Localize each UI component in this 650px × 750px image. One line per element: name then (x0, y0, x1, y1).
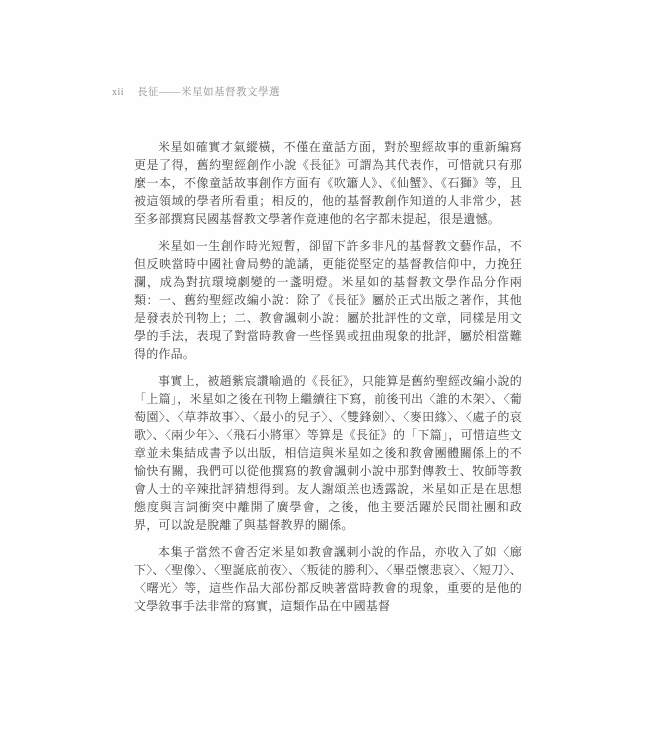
book-page: xii 長征——米星如基督教文學選 米星如確實才氣縱橫，不僅在童話方面，對於聖經… (0, 0, 650, 750)
page-body: 米星如確實才氣縱橫，不僅在童話方面，對於聖經故事的重新編寫更是了得，舊約聖經創作… (134, 138, 522, 615)
paragraph: 米星如確實才氣縱橫，不僅在童話方面，對於聖經故事的重新編寫更是了得，舊約聖經創作… (134, 138, 522, 228)
book-title: 長征——米星如基督教文學選 (137, 84, 280, 99)
paragraph: 米星如一生創作時光短暫，卻留下許多非凡的基督教文藝作品，不但反映當時中國社會局勢… (134, 237, 522, 363)
page-number: xii (112, 87, 124, 98)
paragraph: 本集子當然不會否定米星如教會諷刺小說的作品，亦收入了如〈廊下〉、〈聖像〉、〈聖誕… (134, 543, 522, 615)
paragraph: 事實上，被趙紫宸讚喻過的《長征》，只能算是舊約聖經改編小說的「上篇」，米星如之後… (134, 372, 522, 534)
running-header: xii 長征——米星如基督教文學選 (112, 84, 280, 99)
